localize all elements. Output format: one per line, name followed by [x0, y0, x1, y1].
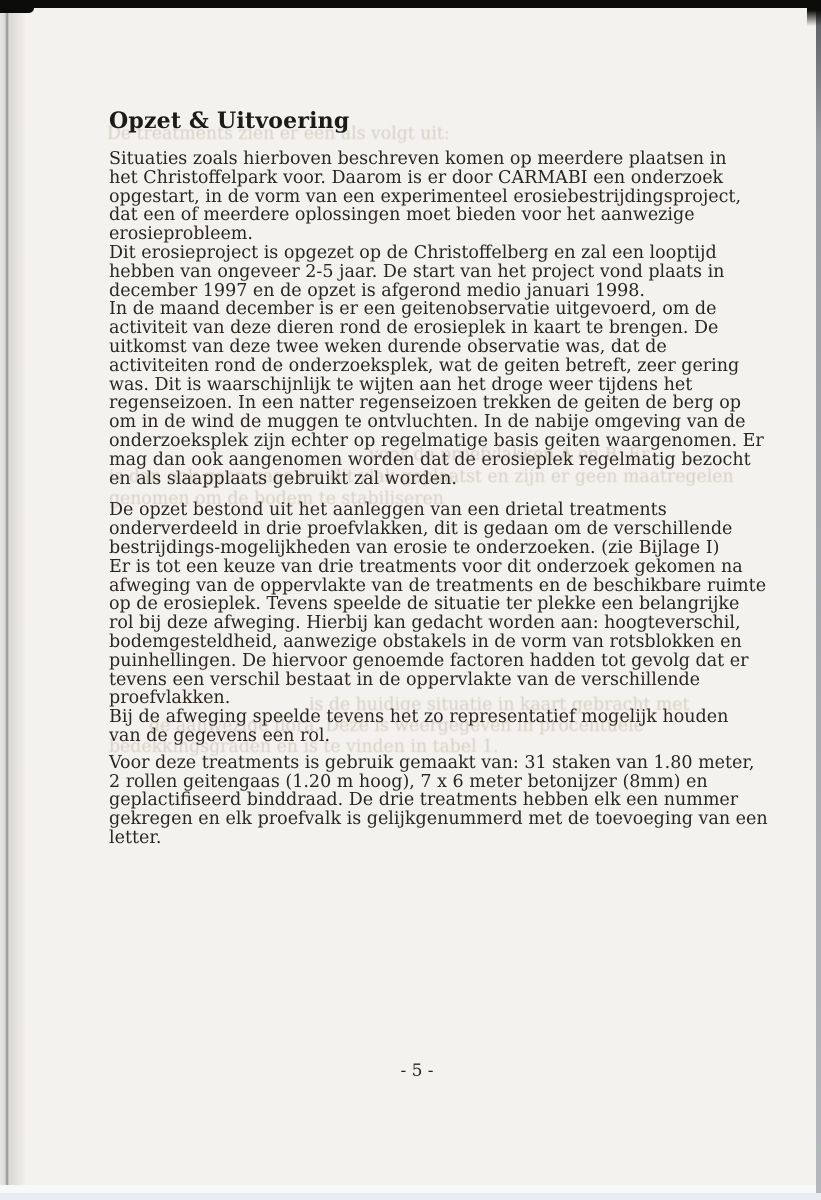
body-text: Situaties zoals hierboven beschreven kom…: [109, 150, 725, 848]
text-line: Er is tot een keuze van drie treatments …: [109, 558, 725, 577]
text-line: Bij de afweging speelde tevens het zo re…: [109, 708, 725, 727]
text-line: afweging van de oppervlakte van de treat…: [109, 577, 725, 596]
text-line: tevens een verschil bestaat in de opperv…: [109, 671, 725, 690]
text-line: rol bij deze afweging. Hierbij kan gedac…: [109, 614, 725, 633]
scanner-bed-strip: [0, 1193, 821, 1200]
text-line: bestrijdings-mogelijkheden van erosie te…: [109, 539, 725, 558]
text-line: proefvlakken.: [109, 689, 725, 708]
page-number: - 5 -: [109, 1061, 725, 1081]
paragraph: Situaties zoals hierboven beschreven kom…: [109, 150, 725, 488]
text-line: om in de wind de muggen te ontvluchten. …: [109, 413, 725, 432]
text-line: bodemgesteldheid, aanwezige obstakels in…: [109, 633, 725, 652]
scanned-document: Opzet & Uitvoering Situaties zoals hierb…: [0, 0, 821, 1200]
scan-top-bar-corner: [0, 0, 34, 13]
text-line: onderzoeksplek zijn echter op regelmatig…: [109, 432, 725, 451]
text-line: op de erosieplek. Tevens speelde de situ…: [109, 595, 725, 614]
page-title: Opzet & Uitvoering: [109, 108, 725, 134]
scan-top-bar-right: [807, 0, 821, 26]
text-line: 2 rollen geitengaas (1.20 m hoog), 7 x 6…: [109, 773, 725, 792]
paragraph: Voor deze treatments is gebruik gemaakt …: [109, 754, 725, 848]
text-line: gekregen en elk proefvalk is gelijkgenum…: [109, 810, 725, 829]
text-line: en als slaapplaats gebruikt zal worden.: [109, 470, 725, 489]
text-line: puinhellingen. De hiervoor genoemde fact…: [109, 652, 725, 671]
text-line: van de gegevens een rol.: [109, 727, 725, 746]
text-line: onderverdeeld in drie proefvlakken, dit …: [109, 520, 725, 539]
text-line: geplactifiseerd binddraad. De drie treat…: [109, 791, 725, 810]
paragraph: De opzet bestond uit het aanleggen van e…: [109, 501, 725, 745]
text-line: mag dan ook aangenomen worden dat de ero…: [109, 451, 725, 470]
text-line: opgestart, in de vorm van een experiment…: [109, 188, 725, 207]
text-line: regenseizoen. In een natter regenseizoen…: [109, 394, 725, 413]
page-bottom-edge: [0, 1185, 816, 1193]
text-line: was. Dit is waarschijnlijk te wijten aan…: [109, 376, 725, 395]
text-line: Voor deze treatments is gebruik gemaakt …: [109, 754, 725, 773]
text-line: activiteit van deze dieren rond de erosi…: [109, 319, 725, 338]
page-content: Opzet & Uitvoering Situaties zoals hierb…: [109, 108, 725, 848]
scan-top-bar: [0, 0, 821, 8]
text-line: het Christoffelpark voor. Daarom is er d…: [109, 169, 725, 188]
binding-crease: [9, 8, 27, 1187]
text-line: activiteiten rond de onderzoeksplek, wat…: [109, 357, 725, 376]
text-line: De opzet bestond uit het aanleggen van e…: [109, 501, 725, 520]
text-line: hebben van ongeveer 2-5 jaar. De start v…: [109, 263, 725, 282]
text-line: erosieprobleem.: [109, 225, 725, 244]
text-line: Situaties zoals hierboven beschreven kom…: [109, 150, 725, 169]
text-line: letter.: [109, 829, 725, 848]
left-page-edge: [0, 8, 9, 1193]
book-page: Opzet & Uitvoering Situaties zoals hierb…: [9, 8, 816, 1187]
text-line: Dit erosieproject is opgezet op de Chris…: [109, 244, 725, 263]
page-right-edge: [816, 0, 821, 1200]
text-line: december 1997 en de opzet is afgerond me…: [109, 282, 725, 301]
text-line: In de maand december is er een geitenobs…: [109, 300, 725, 319]
text-line: dat een of meerdere oplossingen moet bie…: [109, 206, 725, 225]
text-line: uitkomst van deze twee weken durende obs…: [109, 338, 725, 357]
